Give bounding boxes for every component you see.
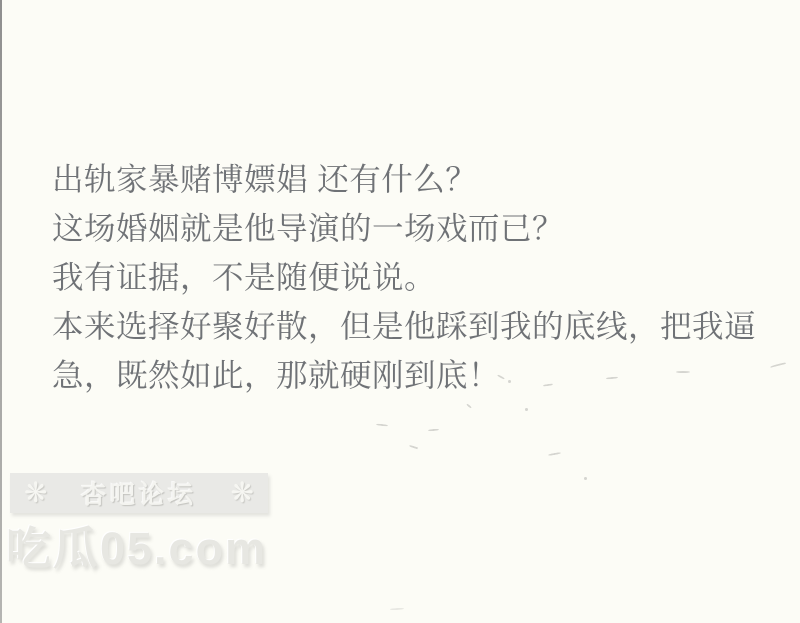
ghost-smudge [770, 362, 786, 368]
ghost-smudge [548, 452, 561, 456]
ghost-smudge [428, 429, 439, 432]
ghost-smudge [409, 445, 418, 450]
flower-icon: ❋ [24, 479, 47, 507]
post-line: 这场婚姻就是他导演的一场戏而已？ [52, 204, 772, 253]
site-url-watermark: 吃瓜05.com [6, 512, 267, 577]
post-line: 急，既然如此，那就硬刚到底！ [52, 351, 772, 400]
screenshot-canvas: 出轨家暴赌博嫖娼 还有什么？ 这场婚姻就是他导演的一场戏而已？ 我有证据，不是随… [0, 0, 800, 623]
ghost-smudge [525, 408, 528, 411]
flower-icon: ❋ [231, 479, 254, 507]
post-text-block: 出轨家暴赌博嫖娼 还有什么？ 这场婚姻就是他导演的一场戏而已？ 我有证据，不是随… [52, 155, 772, 400]
post-line: 我有证据，不是随便说说。 [52, 253, 772, 302]
forum-name-label: 杏吧论坛 [81, 475, 197, 511]
post-line: 本来选择好聚好散，但是他踩到我的底线，把我逼 [52, 302, 772, 351]
ghost-smudge [466, 403, 472, 408]
ghost-smudge [584, 477, 587, 480]
ghost-smudge [390, 608, 404, 611]
ghost-smudge [676, 371, 690, 373]
left-edge-line [0, 0, 2, 623]
ghost-smudge [508, 380, 511, 383]
forum-watermark-badge: ❋ 杏吧论坛 ❋ [10, 473, 268, 513]
ghost-smudge [376, 423, 388, 426]
post-line: 出轨家暴赌博嫖娼 还有什么？ [52, 155, 772, 204]
